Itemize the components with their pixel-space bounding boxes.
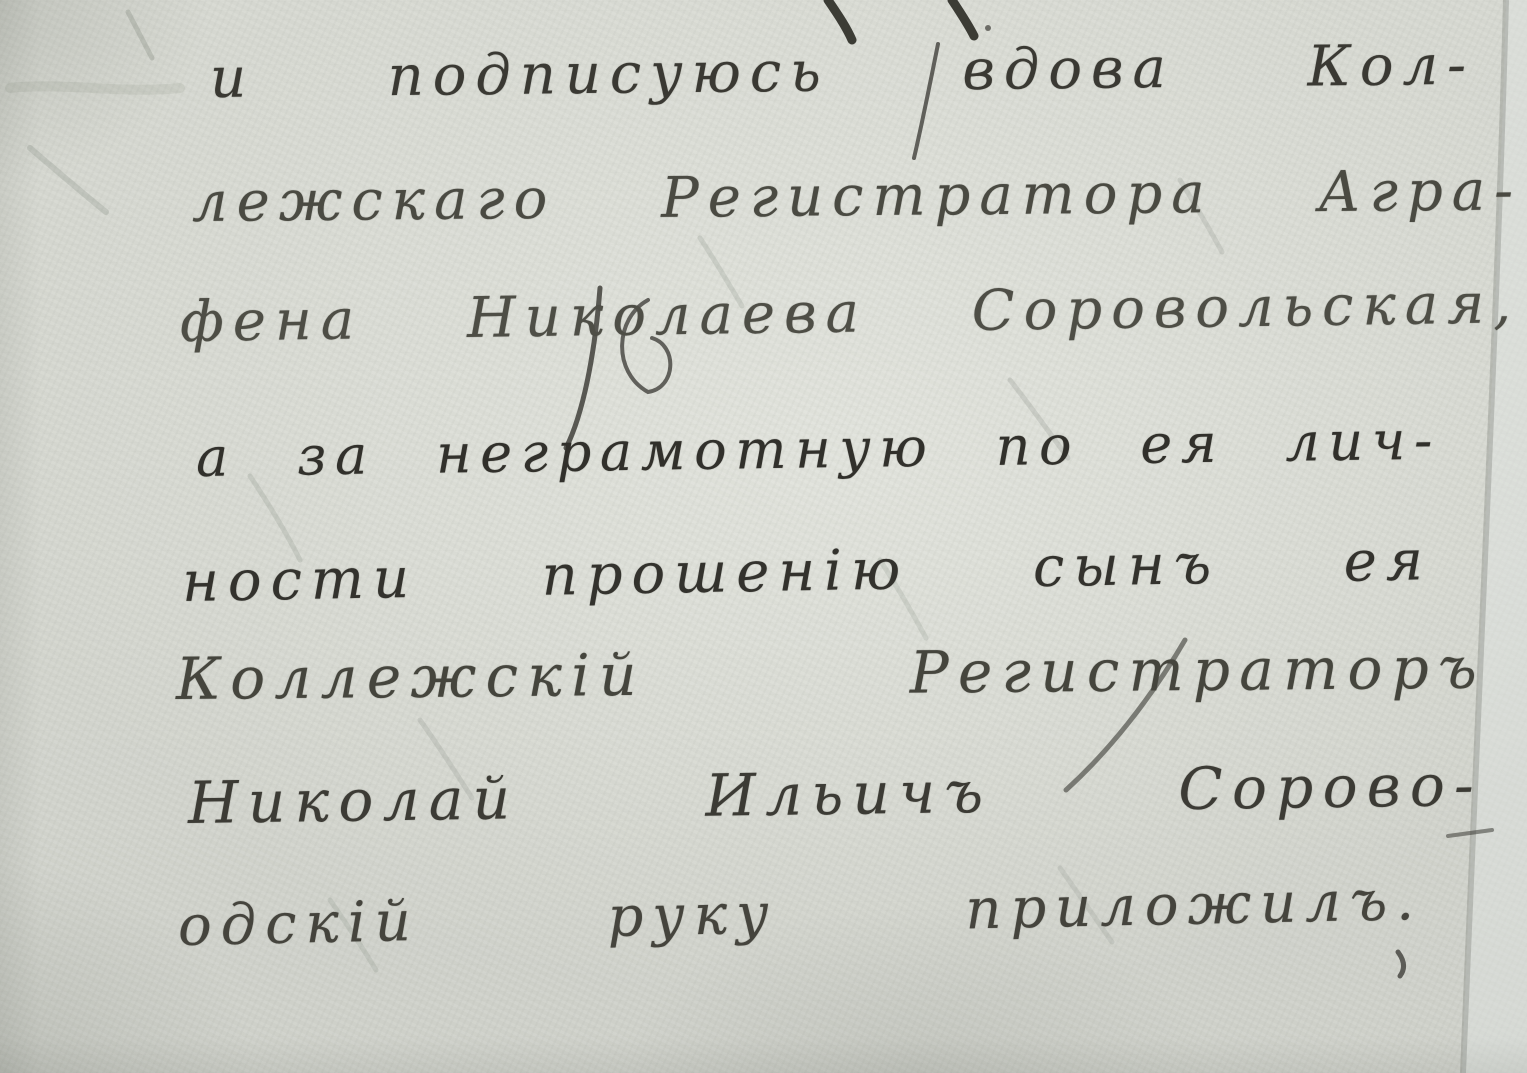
manuscript-line-8: одскій руку приложилъ.: [177, 870, 1423, 958]
cut-off-line-strokes: [828, 0, 991, 40]
manuscript-page: и подписуюсь вдова Кол- лежскаго Регистр…: [0, 0, 1527, 1073]
manuscript-line-7: Николай Ильичъ Сорово-: [188, 754, 1484, 836]
manuscript-line-4: а за неграмотную по ея лич-: [196, 411, 1442, 488]
manuscript-line-5: ности прошенію сынъ ея: [181, 530, 1432, 613]
manuscript-line-1: и подписуюсь вдова Кол-: [210, 35, 1476, 110]
manuscript-line-2: лежскаго Регистратора Агра-: [192, 160, 1522, 233]
manuscript-line-3: фена Николаева Соровольская,: [180, 273, 1521, 353]
manuscript-line-6: Коллежскій Регистраторъ: [176, 637, 1487, 712]
